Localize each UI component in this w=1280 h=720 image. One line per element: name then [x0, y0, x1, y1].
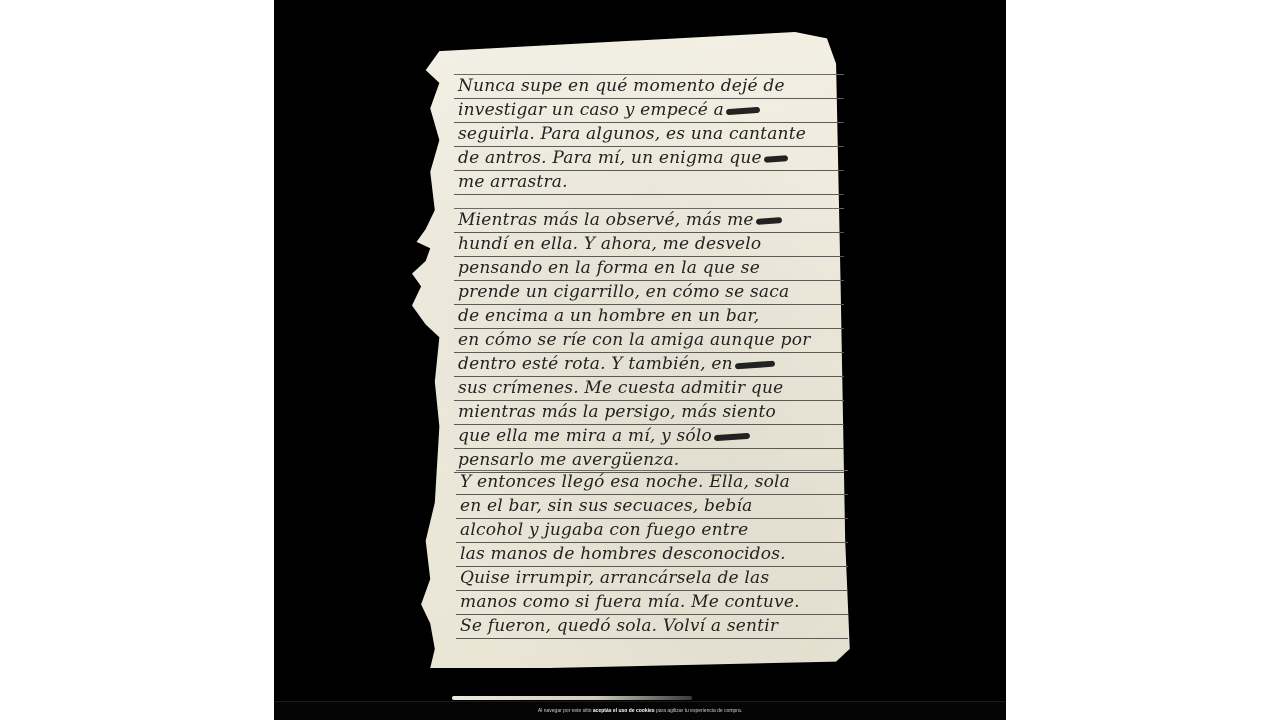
note-line: pensando en la forma en la que se	[454, 257, 844, 281]
note-line: me arrastra.	[454, 171, 844, 195]
image-stage: Nunca supe en qué momento dejé de invest…	[274, 0, 1006, 720]
scribble-mark	[714, 432, 750, 440]
note-line: en el bar, sin sus secuaces, bebía	[456, 495, 848, 519]
note-line: sus crímenes. Me cuesta admitir que	[454, 377, 844, 401]
note-line: mientras más la persigo, más siento	[454, 401, 844, 425]
note-line: de encima a un hombre en un bar,	[454, 305, 844, 329]
note-line: Quise irrumpir, arrancársela de las	[456, 567, 848, 591]
cookie-banner-suffix: para agilizar tu experiencia de compra.	[655, 708, 743, 714]
note-line: Nunca supe en qué momento dejé de	[454, 75, 844, 99]
note-paragraph-3: Y entonces llegó esa noche. Ella, sola e…	[456, 470, 848, 639]
note-line: las manos de hombres desconocidos.	[456, 543, 848, 567]
note-line: prende un cigarrillo, en cómo se saca	[454, 281, 844, 305]
scribble-mark	[735, 360, 775, 369]
note-line: Mientras más la observé, más me	[454, 209, 844, 233]
note-line: hundí en ella. Y ahora, me desvelo	[454, 233, 844, 257]
note-line: alcohol y jugaba con fuego entre	[456, 519, 848, 543]
cookie-banner-bold: aceptás el uso de cookies	[593, 708, 655, 714]
note-line: investigar un caso y empecé a	[454, 99, 844, 123]
note-line: en cómo se ríe con la amiga aunque por	[454, 329, 844, 353]
scribble-mark	[726, 106, 760, 114]
note-line: Se fueron, quedó sola. Volví a sentir	[456, 615, 848, 639]
note-line: dentro esté rota. Y también, en	[454, 353, 844, 377]
scribble-mark	[756, 217, 782, 225]
scribble-mark	[764, 155, 788, 163]
note-paragraph-1: Nunca supe en qué momento dejé de invest…	[454, 74, 844, 195]
note-paragraph-2: Mientras más la observé, más me hundí en…	[454, 208, 844, 473]
note-line: Y entonces llegó esa noche. Ella, sola	[456, 471, 848, 495]
note-line: de antros. Para mí, un enigma que	[454, 147, 844, 171]
cookie-banner[interactable]: Al navegar por este sitio aceptás el uso…	[274, 701, 1006, 720]
note-line: manos como si fuera mía. Me contuve.	[456, 591, 848, 615]
note-line: seguirla. Para algunos, es una cantante	[454, 123, 844, 147]
note-line: que ella me mira a mí, y sólo	[454, 425, 844, 449]
cookie-banner-prefix: Al navegar por este sitio	[538, 708, 593, 714]
next-page-edge	[452, 696, 692, 700]
